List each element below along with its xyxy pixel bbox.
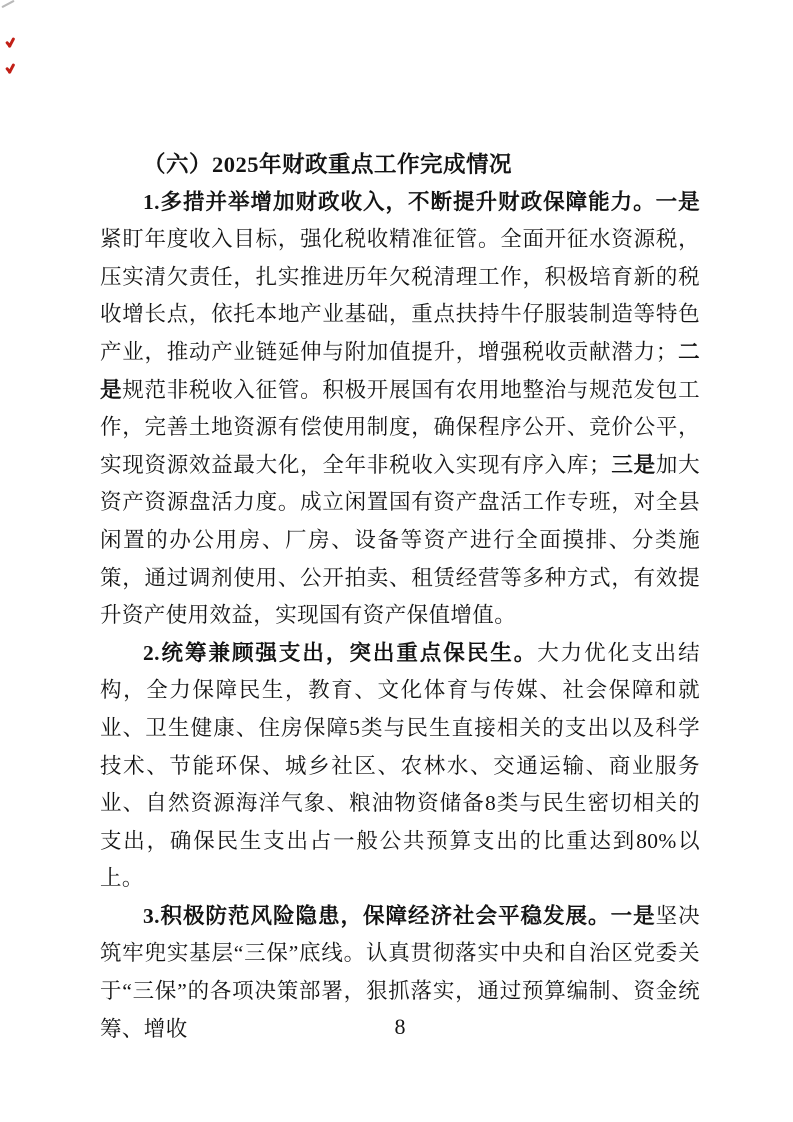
bold-text-run: 1.多措并举增加财政收入，不断提升财政保障能力。 [143, 190, 656, 214]
body-paragraph: 1.多措并举增加财政收入，不断提升财政保障能力。一是紧盯年度收入目标，强化税收精… [100, 184, 700, 635]
bold-text-run: 一是 [611, 904, 656, 928]
text-run: 紧盯年度收入目标，强化税收精准征管。全面开征水资源税，压实清欠责任，扎实推进历年… [100, 227, 700, 364]
red-pen-stroke [5, 41, 11, 48]
text-run: 加大资产资源盘活力度。成立闲置国有资产盘活工作专班，对全县闲置的办公用房、厂房、… [100, 453, 700, 627]
bold-text-run: 2.统筹兼顾强支出，突出重点保民生。 [143, 641, 537, 665]
text-run: 大力优化支出结构，全力保障民生，教育、文化体育与传媒、社会保障和就业、卫生健康、… [100, 641, 700, 891]
page-number: 8 [100, 1013, 700, 1041]
scan-speck-artifact [1, 0, 14, 8]
bold-text-run: 三是 [611, 453, 656, 477]
text-run: 规范非税收入征管。积极开展国有农用地整治与规范发包工作，完善土地资源有偿使用制度… [100, 378, 700, 477]
bold-text-run: 一是 [656, 190, 700, 214]
red-pen-stroke [5, 67, 11, 74]
document-page: （六）2025年财政重点工作完成情况 1.多措并举增加财政收入，不断提升财政保障… [0, 0, 793, 1122]
bold-text-run: 3.积极防范风险隐患，保障经济社会平稳发展。 [143, 904, 611, 928]
body-paragraph: 2.统筹兼顾强支出，突出重点保民生。大力优化支出结构，全力保障民生，教育、文化体… [100, 635, 700, 898]
text-column: （六）2025年财政重点工作完成情况 1.多措并举增加财政收入，不断提升财政保障… [100, 146, 700, 1048]
red-pen-stroke [8, 63, 15, 74]
red-pen-stroke [8, 37, 15, 48]
section-heading: （六）2025年财政重点工作完成情况 [100, 146, 700, 184]
paragraph-container: 1.多措并举增加财政收入，不断提升财政保障能力。一是紧盯年度收入目标，强化税收精… [100, 184, 700, 1049]
